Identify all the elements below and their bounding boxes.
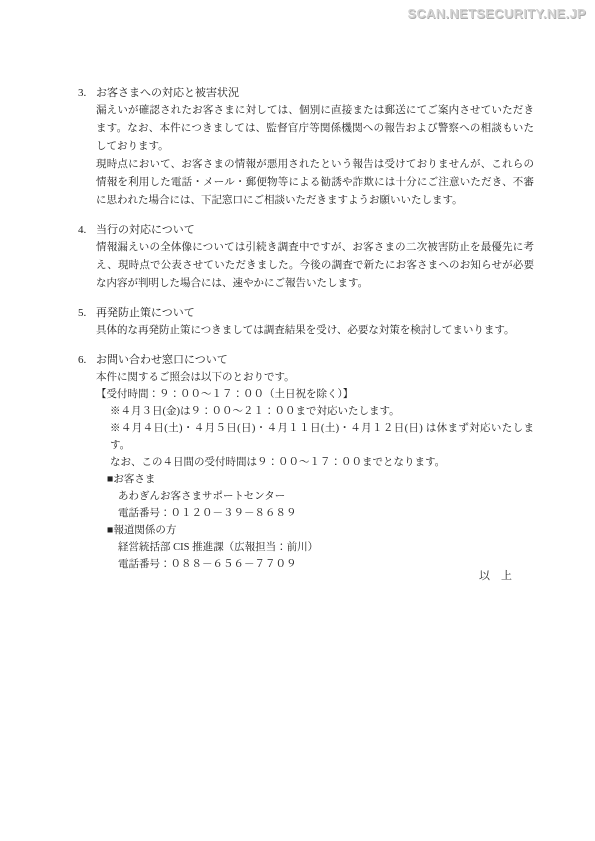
hours-note: ※４月３日(金)は９：００～２１：００まで対応いたします。 (96, 403, 534, 420)
contact-phone-customers: 電話番号：０１２０－３９－８６８９ (96, 505, 534, 522)
document-content: 3. お客さまへの対応と被害状況 漏えいが確認されたお客さまに対しては、個別に直… (78, 84, 534, 584)
section-body: 本件に関するご照会は以下のとおりです。 【受付時間：９：００～１７：００（土日祝… (96, 369, 534, 573)
watermark: SCAN.NETSECURITY.NE.JP (407, 6, 586, 21)
contact-phone-press: 電話番号：０８８－６５６－７７０９ (96, 556, 534, 573)
reception-hours: 【受付時間：９：００～１７：００（土日祝を除く）】 (96, 386, 534, 403)
section-heading: 6. お問い合わせ窓口について (78, 351, 534, 369)
section-recurrence-prevention: 5. 再発防止策について 具体的な再発防止策につきましては調査結果を受け、必要な… (78, 304, 534, 340)
contact-group-heading-press: ■報道関係の方 (96, 522, 534, 539)
section-number: 6. (78, 351, 96, 369)
contact-group-heading-customers: ■お客さま (96, 471, 534, 488)
closing-text: 以 上 (479, 567, 512, 585)
section-bank-response: 4. 当行の対応について 情報漏えいの全体像については引続き調査中ですが、お客さ… (78, 221, 534, 293)
paragraph: 情報漏えいの全体像については引続き調査中ですが、お客さまの二次被害防止を最優先に… (96, 239, 534, 293)
section-heading: 4. 当行の対応について (78, 221, 534, 239)
contact-intro: 本件に関するご照会は以下のとおりです。 (96, 369, 534, 386)
contact-department-name: 経営統括部 CIS 推進課（広報担当：前川） (96, 539, 534, 556)
section-body: 漏えいが確認されたお客さまに対しては、個別に直接または郵送にてご案内させていただ… (96, 102, 534, 210)
section-body: 具体的な再発防止策につきましては調査結果を受け、必要な対策を検討してまいります。 (96, 322, 534, 340)
paragraph: 漏えいが確認されたお客さまに対しては、個別に直接または郵送にてご案内させていただ… (96, 102, 534, 156)
section-contact-window: 6. お問い合わせ窓口について 本件に関するご照会は以下のとおりです。 【受付時… (78, 351, 534, 573)
paragraph: 具体的な再発防止策につきましては調査結果を受け、必要な対策を検討してまいります。 (96, 322, 534, 340)
section-heading: 5. 再発防止策について (78, 304, 534, 322)
paragraph: 現時点において、お客さまの情報が悪用されたという報告は受けておりませんが、これら… (96, 156, 534, 210)
section-customer-response: 3. お客さまへの対応と被害状況 漏えいが確認されたお客さまに対しては、個別に直… (78, 84, 534, 210)
section-heading: 3. お客さまへの対応と被害状況 (78, 84, 534, 102)
hours-note: ※４月４日(土)・４月５日(日)・４月１１日(土)・４月１２日(日) は休まず対… (96, 420, 534, 454)
section-title: お客さまへの対応と被害状況 (96, 84, 534, 102)
section-number: 5. (78, 304, 96, 322)
contact-center-name: あわぎんお客さまサポートセンター (96, 488, 534, 505)
section-body: 情報漏えいの全体像については引続き調査中ですが、お客さまの二次被害防止を最優先に… (96, 239, 534, 293)
section-number: 4. (78, 221, 96, 239)
hours-note: なお、この４日間の受付時間は９：００～１７：００までとなります。 (96, 454, 534, 471)
section-number: 3. (78, 84, 96, 102)
section-title: お問い合わせ窓口について (96, 351, 534, 369)
section-title: 当行の対応について (96, 221, 534, 239)
section-title: 再発防止策について (96, 304, 534, 322)
document-page: SCAN.NETSECURITY.NE.JP 3. お客さまへの対応と被害状況 … (0, 0, 595, 841)
